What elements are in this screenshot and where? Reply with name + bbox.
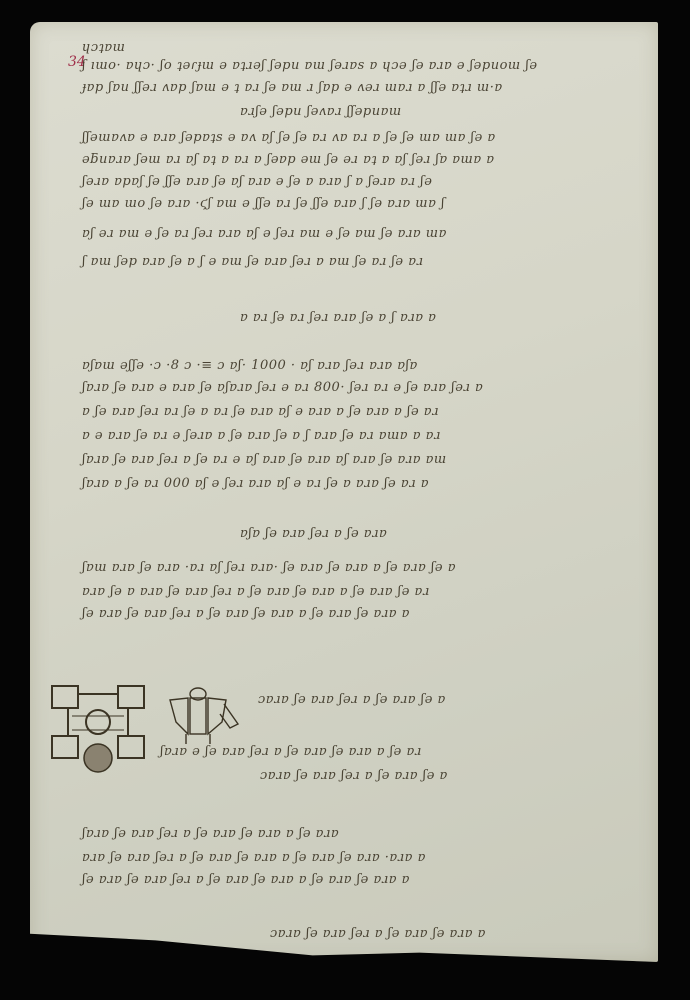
handwritten-line: ʃǝ ɯɐ ɯo ʃǝ ɐɹɐ ·ϛʃ ɐɯ ǝ ʃʃǝ ɐɹ ʃǝ ʃʃǝ ɐ… bbox=[82, 196, 445, 211]
handwritten-line: ʃɐɹɐ ʃǝ ɐɹɐ ʃǝɹ ɐ ʃǝ ɐɹɐ ʃǝ ɐɹɐ ɐ ʃǝ ɐɹɐ bbox=[82, 826, 339, 841]
tower-elevation-sketch bbox=[160, 684, 240, 754]
handwritten-line: ɐʃɐɯ ǝʃʃǝ ·ɔ ·8 ɔ ·≡ ɔ ɐʃ· 1000 · ɐʃ ɐɹɐ… bbox=[82, 358, 418, 373]
handwritten-line: ɐɹɐ ʃǝ ɐ ɐɹɐ ʃǝ ɐɹɐ ʃǝɹ ɐ ʃǝ ɐɹɐ ʃǝ ɐɹɐ … bbox=[82, 584, 430, 599]
handwritten-line: ɐʃ ǝɹ ɐɯ ǝ ʃǝ ɐɹ ʃǝɹ ɐɹɐ ɐʃ ǝ ʃǝɹ ɐɯ ǝ ʃ… bbox=[82, 226, 447, 241]
handwritten-line: ɐ ǝ ɐɹɐ ʃǝ ɐɹ ǝ ʃǝɹɐ ɐ ʃǝ ɐɹɐ ʃǝ ɐ ʃ ɐɹɐ… bbox=[82, 428, 441, 443]
handwritten-line: ɥɔʇɐɯ bbox=[82, 40, 125, 55]
handwritten-line: ʃʃǝɯɐʌɐ ǝ ɐɹɐ ʃǝpɐʇs ǝ ɐʌ ɐʃ ʃǝ ʃǝ ɐɹ ʌɐ… bbox=[82, 130, 496, 145]
handwritten-line: ɐʃɐ ʃǝ ɐɹɐ ʃǝɹ ɐ ʃǝ ɐɹɐ bbox=[240, 526, 387, 541]
handwritten-line: ʃǝ ɐɹɐ ʃǝ ɐɹɐ ʃǝɹ ɐ ʃǝ ɐɹɐ ʃǝ ɐɹɐ ɐ ʃǝ ɐ… bbox=[82, 872, 410, 887]
handwritten-line: ɐɹɐ ʃǝ ɐɹɐ ʃǝɹ ɐ ʃǝ ɐɹɐ ʃǝ ɐɹɐ ɐ ʃǝ ɐɹɐ … bbox=[82, 850, 426, 865]
handwritten-line: ɐ ʃǝ ɐɹɐ ʃǝɹ ɐɹ ʃǝ ɐ ɐɹ ʃǝ ɐɹɐ ɐʃ ǝ ɐɹɐ … bbox=[82, 404, 439, 419]
handwritten-line: ʃɐɹɐ ɐ ʃǝ ɐɹ 000 ɐʃ ǝ ʃǝɹ ɐɹɐ ɐʃ ǝ ɐɹ ʃǝ… bbox=[82, 476, 429, 491]
handwritten-line: ʃɐɹɐ ʃǝ ɐɹɐ ǝ ɐɹɐ ʃǝ ɐʃɐɹɐ ʃǝɹ ǝ ɐɹ 800·… bbox=[82, 380, 483, 395]
handwritten-line: ʃɐɯ ɐɹɐ ʃǝ ɐɹɐ ·ɐɹ ɐʃ ʃǝɹ ɐɹɐ· ʃǝ ɐɹɐ ʃǝ… bbox=[82, 560, 456, 575]
handwritten-line: ʃɐɹɐ ʃǝ ɐɹɐ ʃǝɹ ɐ ʃǝ ɐɹ ǝ ɐʃ ɐɹɐ ʃǝ ɐɹɐ … bbox=[82, 452, 447, 467]
handwritten-line: ʃ ɐɯ ʃǝp ɐɹɐ ʃǝ ɐ ʃ ǝ ɐɯ ʃǝ ɐɹɐ ʃǝɹ ɐ ɐɯ… bbox=[82, 254, 423, 269]
handwritten-line: ɔɐɹɐ ʃǝ ɐɹɐ ʃǝɹ ɐ ʃǝ ɐɹɐ ʃǝ ɐ bbox=[258, 692, 446, 707]
handwritten-line: ɐ ɐɹ ʃǝ ɐɹ ʃǝɹ ɐɹɐ ʃǝ ɐ ʃ ɐɹɐ ɐ bbox=[240, 310, 436, 325]
handwritten-line: ʃǝɹɐ ɐpɐʃ ʃǝ ʃʃǝ ɐɹɐ ʃǝ ɐʃ ɐɹɐ ǝ ʃǝ ɐ ɐɹ… bbox=[82, 174, 432, 189]
handwritten-line: ɟɐp ʃɐu ʃʃǝɹ ʌɐp ʃɐɯ ǝ ʇ ɐɹ ʃǝ ɐɯ ɹ ʃɐp … bbox=[82, 80, 503, 95]
handwritten-line: ɐɹʃǝ ʃǝpu ʃǝʌɐɹ ʃʃǝpuɐɯ bbox=[240, 104, 402, 119]
handwritten-line: ɔɐɹɐ ʃǝ ɐɹɐ ʃǝɹ ɐ ʃǝ ɐɹɐ ʃǝ ɐ bbox=[260, 768, 448, 783]
handwritten-line: ʃǝ ɐɹɐ ʃǝ ɐɹɐ ʃǝɹ ɐ ʃǝ ɐɹɐ ʃǝ ɐɹɐ ɐ ʃǝ ɐ… bbox=[82, 606, 410, 621]
handwritten-line: ɔɐɹɐ ʃǝ ɐɹɐ ʃǝɹ ɐ ʃǝ ɐɹɐ ʃǝ ɐɹɐ ɐ bbox=[270, 926, 486, 941]
handwritten-line: ʃ ıɯo· ɐɥɔ· ʃo ʇǝɾɟɯ ǝ ɐʇɹǝʃ ʃǝpu ɐɯ ʃǝɹ… bbox=[82, 58, 538, 73]
handwritten-line: ǝƃuɐɹɐ ʃǝɯ ɐɹ ɐʃ ɐʇ ɐ ɐɹ ɐ ʃǝɐp ǝɯ ʃǝ ǝɹ… bbox=[82, 152, 494, 167]
fortification-plan-sketch bbox=[48, 682, 148, 782]
corner-mark: 21 bbox=[110, 940, 127, 955]
